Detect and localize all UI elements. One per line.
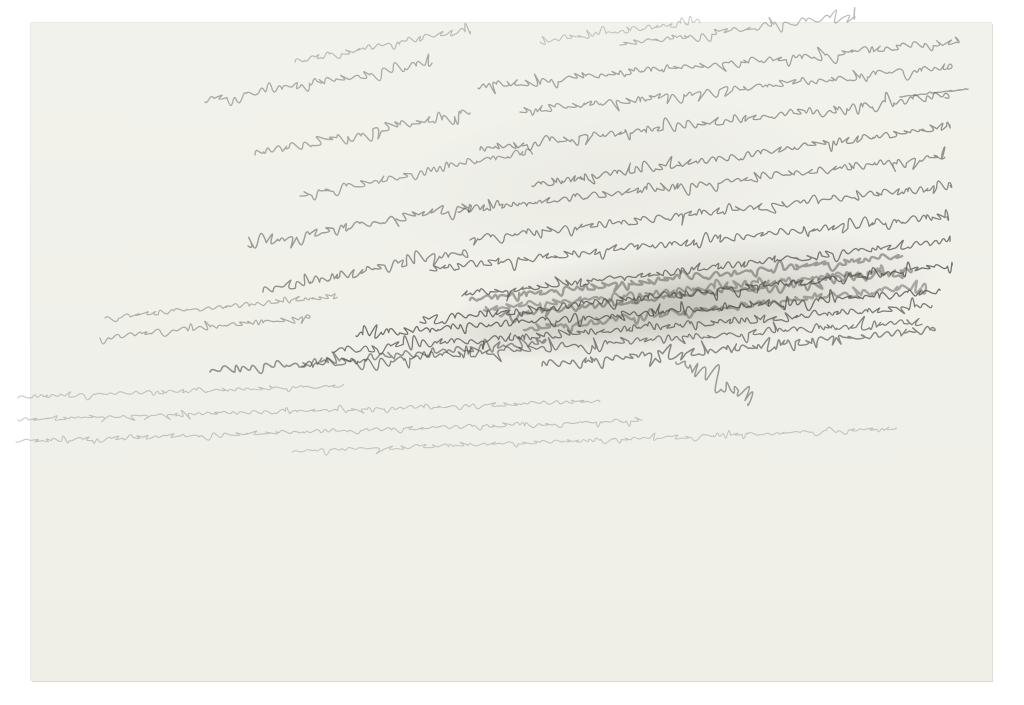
paper-sheet	[31, 23, 992, 681]
artwork-scan	[0, 0, 1024, 705]
